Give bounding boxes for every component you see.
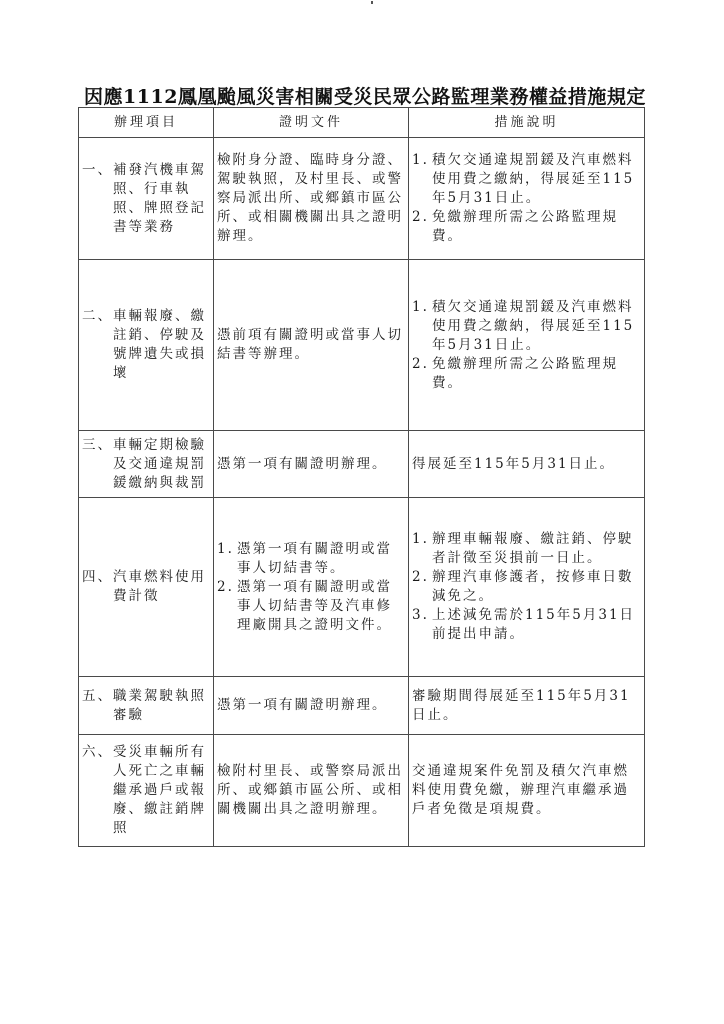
scan-speck <box>371 1 373 4</box>
item-number: 五、 <box>82 687 113 725</box>
item-number: 一、 <box>82 161 113 237</box>
documents-cell: 憑第一項有關證明辦理。 <box>214 677 409 735</box>
table-row: 三、車輛定期檢驗及交通違規罰鍰繳納與裁罰 憑第一項有關證明辦理。 得展延至115… <box>79 431 645 498</box>
measure-item: 1.積欠交通違規罰鍰及汽車燃料使用費之繳納，得展延至115年5月31日止。 <box>412 151 641 208</box>
item-cell: 四、汽車燃料使用費計徵 <box>79 498 214 677</box>
header-documents: 證明文件 <box>214 108 409 138</box>
measures-cell: 1.積欠交通違規罰鍰及汽車燃料使用費之繳納，得展延至115年5月31日止。 2.… <box>409 260 645 431</box>
item-text: 汽車燃料使用費計徵 <box>113 568 210 606</box>
header-measures: 措施說明 <box>409 108 645 138</box>
item-text: 車輛報廢、繳註銷、停駛及號牌遺失或損壞 <box>113 307 210 383</box>
measures-cell: 審驗期間得展延至115年5月31日止。 <box>409 677 645 735</box>
item-number: 六、 <box>82 743 113 838</box>
measures-cell: 交通違規案件免罰及積欠汽車燃料使用費免繳，辦理汽車繼承過戶者免徵是項規費。 <box>409 735 645 847</box>
item-cell: 一、補發汽機車駕照、行車執照、牌照登記書等業務 <box>79 138 214 260</box>
table-row: 六、受災車輛所有人死亡之車輛繼承過戶或報廢、繳註銷牌照 檢附村里長、或警察局派出… <box>79 735 645 847</box>
document-item: 2.憑第一項有關證明或當事人切結書等及汽車修理廠開具之證明文件。 <box>217 578 405 635</box>
measure-item: 2.免繳辦理所需之公路監理規費。 <box>412 208 641 246</box>
item-cell: 五、職業駕駛執照審驗 <box>79 677 214 735</box>
table-row: 四、汽車燃料使用費計徵 1.憑第一項有關證明或當事人切結書等。 2.憑第一項有關… <box>79 498 645 677</box>
item-number: 二、 <box>82 307 113 383</box>
table-row: 五、職業駕駛執照審驗 憑第一項有關證明辦理。 審驗期間得展延至115年5月31日… <box>79 677 645 735</box>
item-text: 補發汽機車駕照、行車執照、牌照登記書等業務 <box>113 161 210 237</box>
table-header-row: 辦理項目 證明文件 措施說明 <box>79 108 645 138</box>
documents-cell: 憑前項有關證明或當事人切結書等辦理。 <box>214 260 409 431</box>
measure-item: 1.辦理車輛報廢、繳註銷、停駛者計徵至災損前一日止。 <box>412 530 641 568</box>
item-text: 受災車輛所有人死亡之車輛繼承過戶或報廢、繳註銷牌照 <box>113 743 210 838</box>
item-text: 職業駕駛執照審驗 <box>113 687 210 725</box>
documents-cell: 憑第一項有關證明辦理。 <box>214 431 409 498</box>
documents-cell: 檢附村里長、或警察局派出所、或鄉鎮市區公所、或相關機關出具之證明辦理。 <box>214 735 409 847</box>
item-cell: 六、受災車輛所有人死亡之車輛繼承過戶或報廢、繳註銷牌照 <box>79 735 214 847</box>
documents-cell: 1.憑第一項有關證明或當事人切結書等。 2.憑第一項有關證明或當事人切結書等及汽… <box>214 498 409 677</box>
measures-table: 辦理項目 證明文件 措施說明 一、補發汽機車駕照、行車執照、牌照登記書等業務 檢… <box>78 107 645 847</box>
measures-cell: 得展延至115年5月31日止。 <box>409 431 645 498</box>
item-text: 車輛定期檢驗及交通違規罰鍰繳納與裁罰 <box>113 436 210 493</box>
measures-cell: 1.積欠交通違規罰鍰及汽車燃料使用費之繳納，得展延至115年5月31日止。 2.… <box>409 138 645 260</box>
item-number: 三、 <box>82 436 113 493</box>
measures-cell: 1.辦理車輛報廢、繳註銷、停駛者計徵至災損前一日止。 2.辦理汽車修護者，按修車… <box>409 498 645 677</box>
item-cell: 三、車輛定期檢驗及交通違規罰鍰繳納與裁罰 <box>79 431 214 498</box>
documents-cell: 檢附身分證、臨時身分證、駕駛執照，及村里長、或警察局派出所、或鄉鎮市區公所、或相… <box>214 138 409 260</box>
document-title: 因應1112鳳凰颱風災害相關受災民眾公路監理業務權益措施規定 <box>60 82 670 109</box>
table-row: 一、補發汽機車駕照、行車執照、牌照登記書等業務 檢附身分證、臨時身分證、駕駛執照… <box>79 138 645 260</box>
document-item: 1.憑第一項有關證明或當事人切結書等。 <box>217 540 405 578</box>
measure-item: 3.上述減免需於115年5月31日前提出申請。 <box>412 606 641 644</box>
measure-item: 1.積欠交通違規罰鍰及汽車燃料使用費之繳納，得展延至115年5月31日止。 <box>412 298 641 355</box>
header-item: 辦理項目 <box>79 108 214 138</box>
measure-item: 2.免繳辦理所需之公路監理規費。 <box>412 355 641 393</box>
item-cell: 二、車輛報廢、繳註銷、停駛及號牌遺失或損壞 <box>79 260 214 431</box>
measure-item: 2.辦理汽車修護者，按修車日數減免之。 <box>412 568 641 606</box>
item-number: 四、 <box>82 568 113 606</box>
table-row: 二、車輛報廢、繳註銷、停駛及號牌遺失或損壞 憑前項有關證明或當事人切結書等辦理。… <box>79 260 645 431</box>
